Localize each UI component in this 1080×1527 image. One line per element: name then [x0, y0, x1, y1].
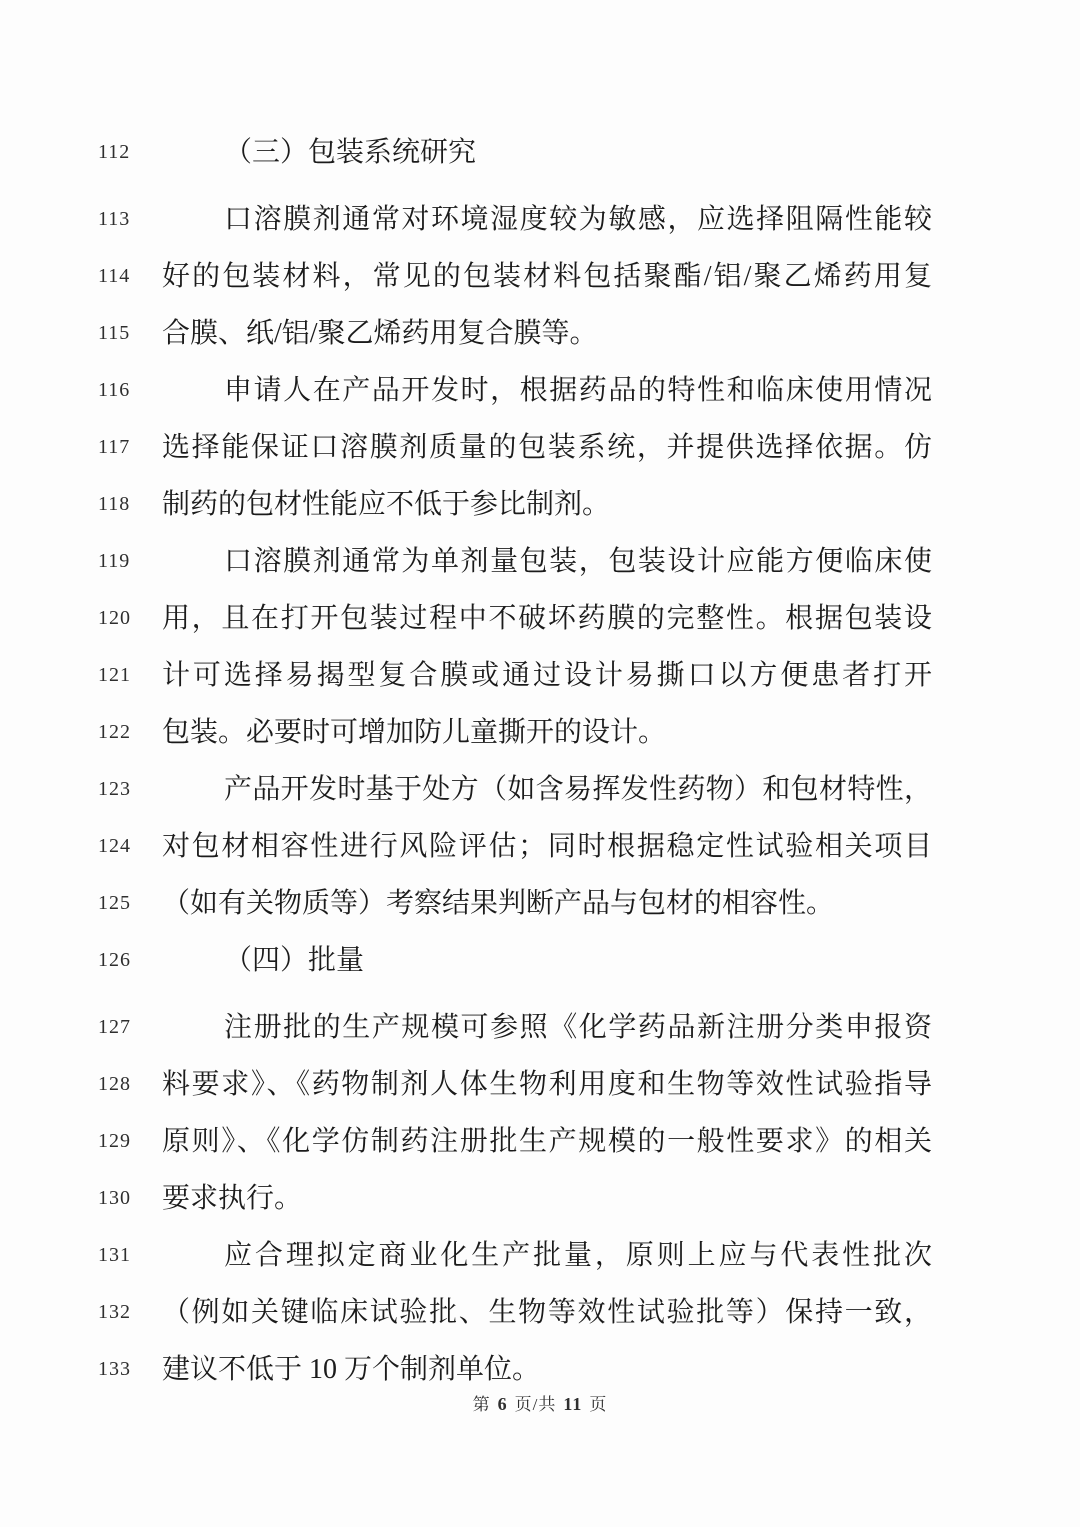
document-line: 120 用，且在打开包装过程中不破坏药膜的完整性。根据包装设 — [98, 590, 1080, 647]
line-number: 126 — [98, 949, 162, 972]
line-number: 125 — [98, 892, 162, 915]
line-number: 112 — [98, 141, 162, 164]
line-text: 注册批的生产规模可参照《化学药品新注册分类申报资 — [162, 1011, 932, 1045]
line-number: 133 — [98, 1358, 162, 1381]
line-text: （四）批量 — [162, 944, 932, 978]
document-line: 118 制药的包材性能应不低于参比制剂。 — [98, 476, 1080, 533]
line-number: 129 — [98, 1130, 162, 1153]
document-line: 113 口溶膜剂通常对环境湿度较为敏感，应选择阻隔性能较 — [98, 191, 1080, 248]
document-page: 112 （三）包装系统研究 113 口溶膜剂通常对环境湿度较为敏感，应选择阻隔性… — [0, 0, 1080, 1527]
line-text: 选择能保证口溶膜剂质量的包装系统，并提供选择依据。仿 — [162, 431, 932, 465]
document-line: 121 计可选择易揭型复合膜或通过设计易撕口以方便患者打开 — [98, 647, 1080, 704]
line-text: 申请人在产品开发时，根据药品的特性和临床使用情况 — [162, 374, 932, 408]
line-number: 114 — [98, 265, 162, 288]
line-number: 115 — [98, 322, 162, 345]
line-text: 合膜、纸/铝/聚乙烯药用复合膜等。 — [162, 317, 932, 351]
document-line: 112 （三）包装系统研究 — [98, 124, 1080, 181]
line-number: 131 — [98, 1244, 162, 1267]
line-number: 113 — [98, 208, 162, 231]
document-line: 119 口溶膜剂通常为单剂量包装，包装设计应能方便临床使 — [98, 533, 1080, 590]
document-line: 117 选择能保证口溶膜剂质量的包装系统，并提供选择依据。仿 — [98, 419, 1080, 476]
document-line: 125 （如有关物质等）考察结果判断产品与包材的相容性。 — [98, 875, 1080, 932]
document-line: 126 （四）批量 — [98, 932, 1080, 989]
document-line: 124 对包材相容性进行风险评估；同时根据稳定性试验相关项目 — [98, 818, 1080, 875]
document-line: 129 原则》、《化学仿制药注册批生产规模的一般性要求》的相关 — [98, 1113, 1080, 1170]
line-text: 用，且在打开包装过程中不破坏药膜的完整性。根据包装设 — [162, 602, 932, 636]
line-text: 应合理拟定商业化生产批量，原则上应与代表性批次 — [162, 1239, 932, 1273]
document-line: 123 产品开发时基于处方（如含易挥发性药物）和包材特性， — [98, 761, 1080, 818]
document-line: 122 包装。必要时可增加防儿童撕开的设计。 — [98, 704, 1080, 761]
document-line: 127 注册批的生产规模可参照《化学药品新注册分类申报资 — [98, 999, 1080, 1056]
line-number: 118 — [98, 493, 162, 516]
line-text: 原则》、《化学仿制药注册批生产规模的一般性要求》的相关 — [162, 1125, 932, 1159]
line-number: 117 — [98, 436, 162, 459]
line-number: 130 — [98, 1187, 162, 1210]
line-number: 128 — [98, 1073, 162, 1096]
footer-page-number: 6 — [498, 1394, 508, 1414]
footer-suffix: 页 — [589, 1395, 607, 1414]
line-text: 包装。必要时可增加防儿童撕开的设计。 — [162, 716, 932, 750]
line-number: 127 — [98, 1016, 162, 1039]
line-number: 120 — [98, 607, 162, 630]
document-line: 114 好的包装材料，常见的包装材料包括聚酯/铝/聚乙烯药用复 — [98, 248, 1080, 305]
line-text: 对包材相容性进行风险评估；同时根据稳定性试验相关项目 — [162, 830, 932, 864]
line-text: 制药的包材性能应不低于参比制剂。 — [162, 488, 932, 522]
document-body: 112 （三）包装系统研究 113 口溶膜剂通常对环境湿度较为敏感，应选择阻隔性… — [0, 0, 1080, 1398]
line-text: 口溶膜剂通常对环境湿度较为敏感，应选择阻隔性能较 — [162, 203, 932, 237]
line-number: 123 — [98, 778, 162, 801]
footer-total-pages: 11 — [563, 1394, 582, 1414]
line-text: （如有关物质等）考察结果判断产品与包材的相容性。 — [162, 887, 932, 921]
footer-prefix: 第 — [473, 1395, 491, 1414]
line-text: 好的包装材料，常见的包装材料包括聚酯/铝/聚乙烯药用复 — [162, 260, 932, 294]
line-number: 124 — [98, 835, 162, 858]
document-line: 115 合膜、纸/铝/聚乙烯药用复合膜等。 — [98, 305, 1080, 362]
document-line: 128 料要求》、《药物制剂人体生物利用度和生物等效性试验指导 — [98, 1056, 1080, 1113]
line-text: 料要求》、《药物制剂人体生物利用度和生物等效性试验指导 — [162, 1068, 932, 1102]
document-line: 131 应合理拟定商业化生产批量，原则上应与代表性批次 — [98, 1227, 1080, 1284]
line-text: 要求执行。 — [162, 1182, 932, 1216]
line-number: 116 — [98, 379, 162, 402]
line-text: 口溶膜剂通常为单剂量包装，包装设计应能方便临床使 — [162, 545, 932, 579]
document-line: 132 （例如关键临床试验批、生物等效性试验批等）保持一致， — [98, 1284, 1080, 1341]
line-text: 计可选择易揭型复合膜或通过设计易撕口以方便患者打开 — [162, 659, 932, 693]
line-number: 121 — [98, 664, 162, 687]
document-line: 130 要求执行。 — [98, 1170, 1080, 1227]
line-text: （例如关键临床试验批、生物等效性试验批等）保持一致， — [162, 1296, 932, 1330]
line-number: 122 — [98, 721, 162, 744]
line-text: （三）包装系统研究 — [162, 136, 932, 170]
line-text: 建议不低于 10 万个制剂单位。 — [162, 1353, 932, 1387]
line-number: 119 — [98, 550, 162, 573]
footer-separator: 页/共 — [515, 1395, 557, 1414]
line-number: 132 — [98, 1301, 162, 1324]
line-text: 产品开发时基于处方（如含易挥发性药物）和包材特性， — [162, 773, 932, 807]
document-line: 116 申请人在产品开发时，根据药品的特性和临床使用情况 — [98, 362, 1080, 419]
page-footer: 第6页/共11页 — [0, 1390, 1080, 1415]
